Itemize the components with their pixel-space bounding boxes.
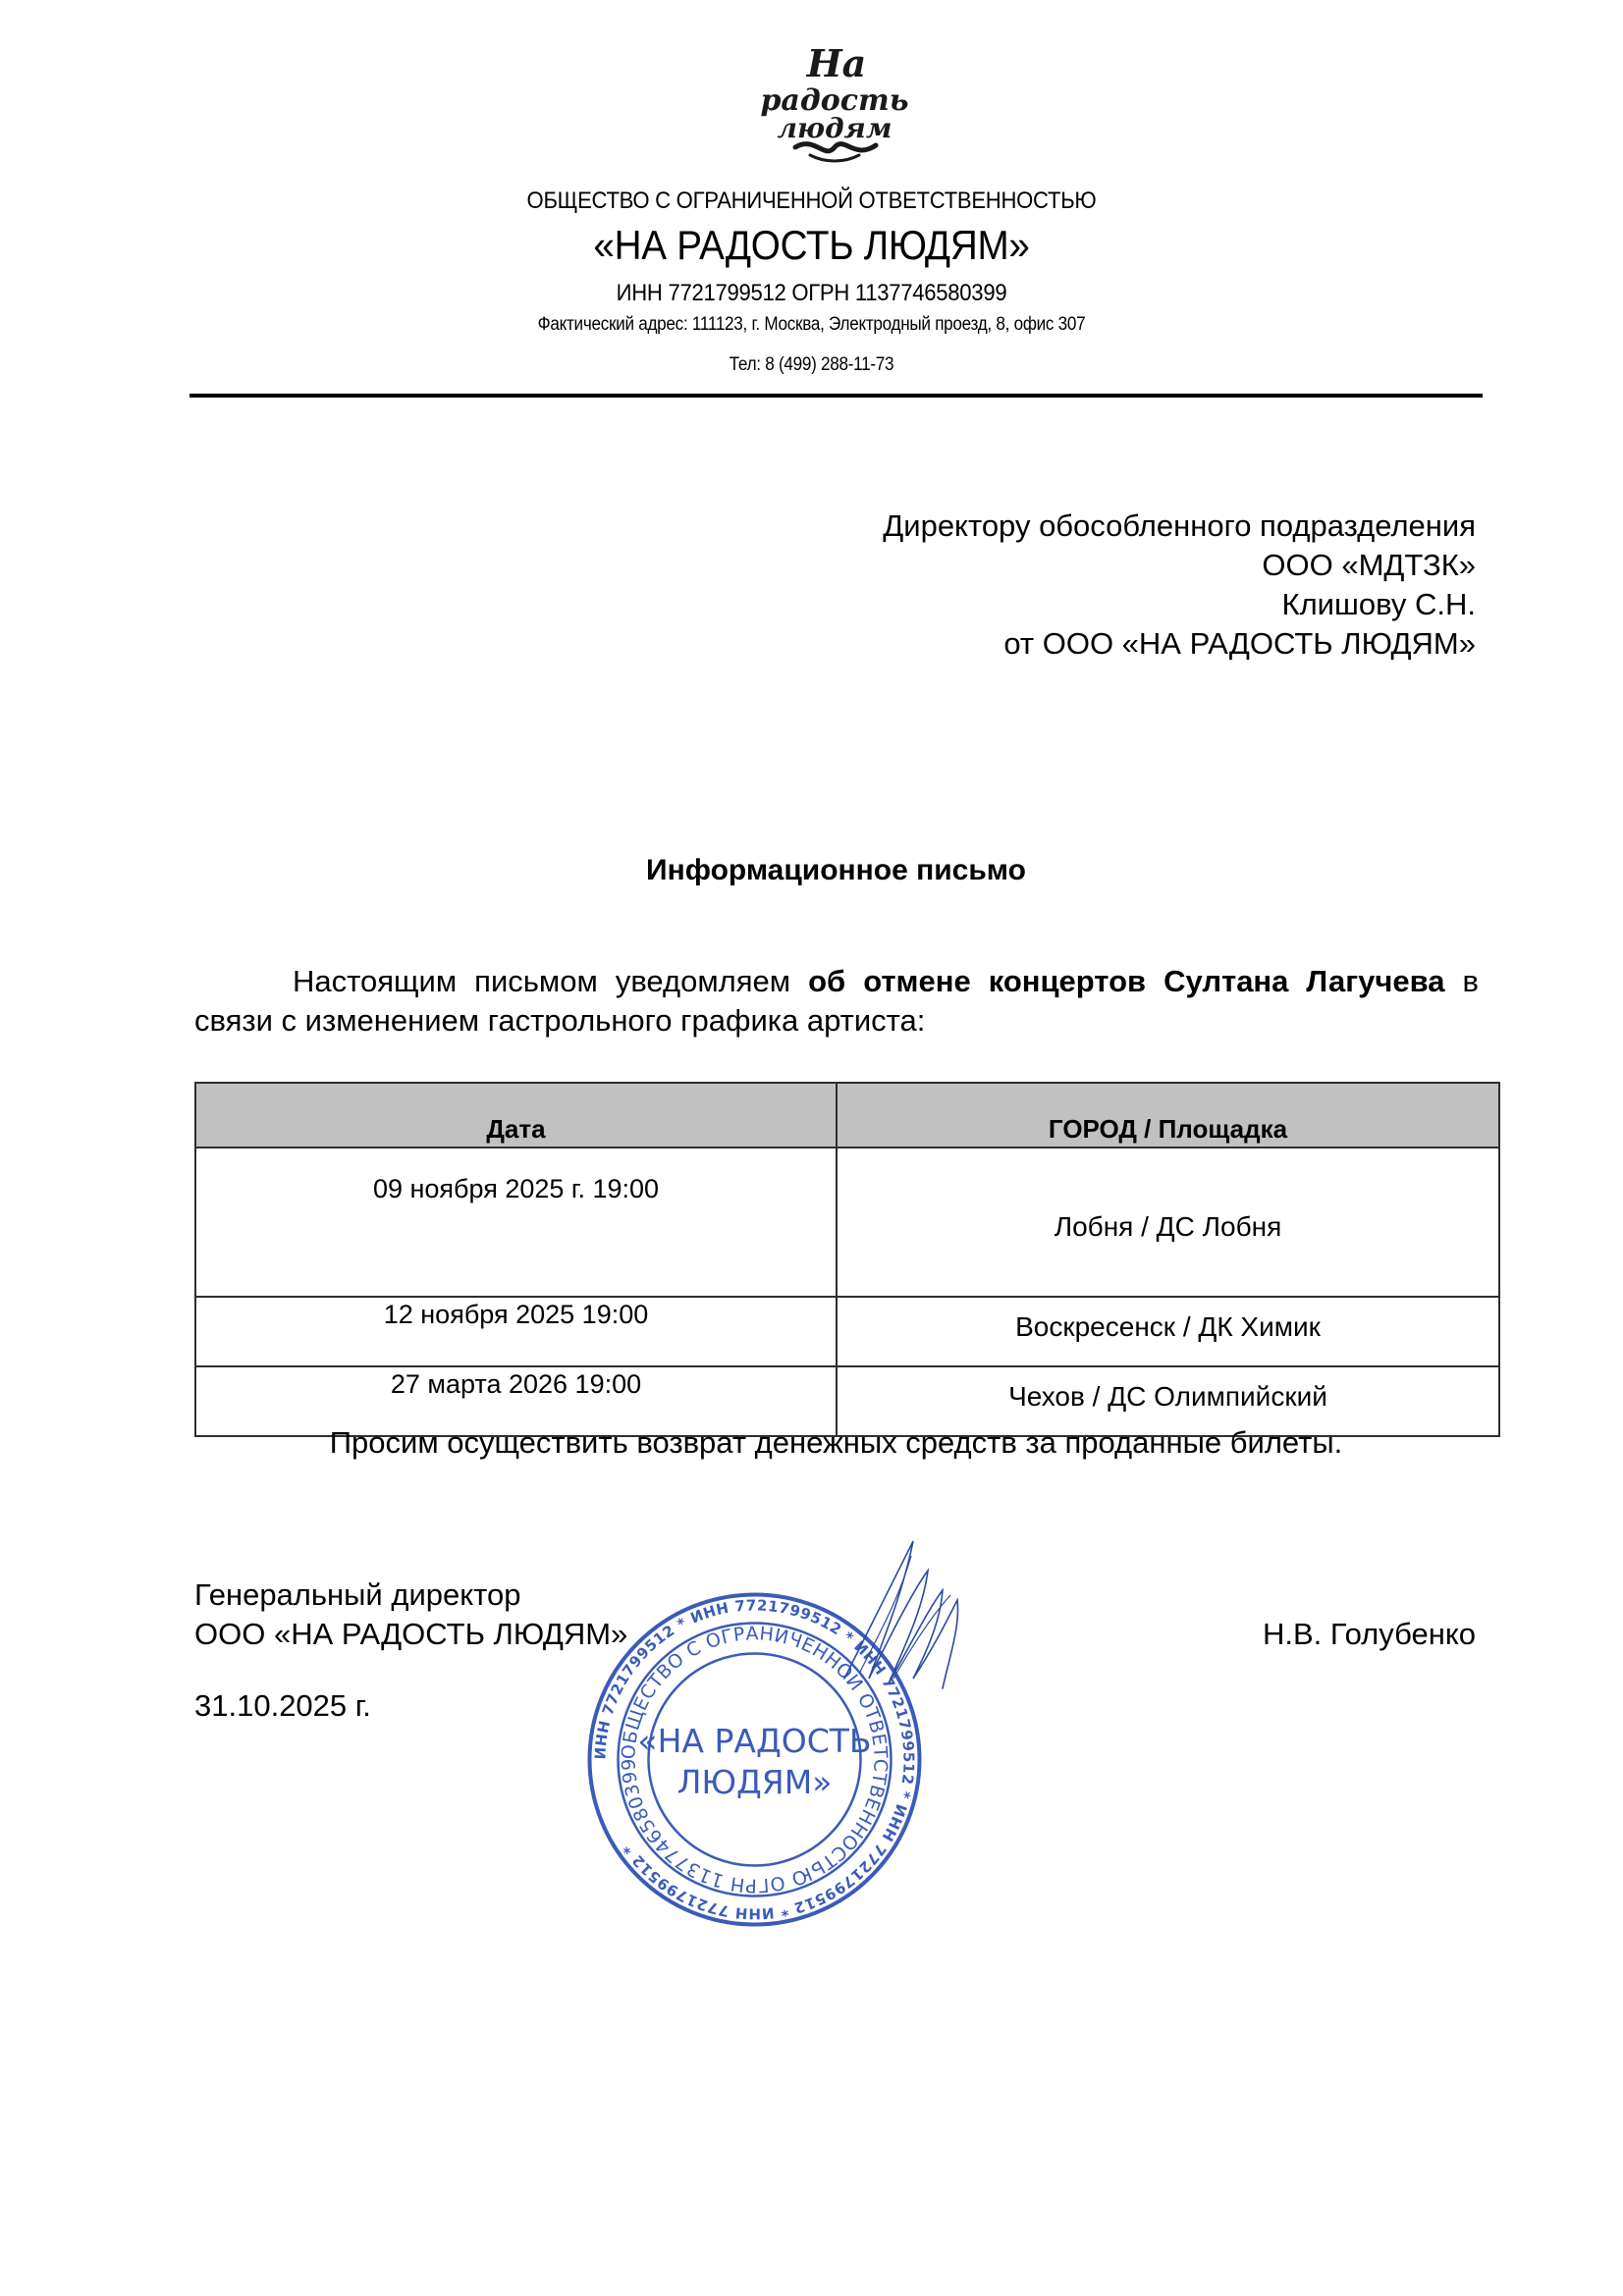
signatory-position: Генеральный директор: [194, 1575, 627, 1615]
letter-title: Информационное письмо: [0, 854, 1623, 887]
svg-text:«НА РАДОСТЬ: «НА РАДОСТЬ: [637, 1722, 871, 1760]
letter-date: 31.10.2025 г.: [194, 1688, 371, 1724]
signatory-block: Генеральный директор ООО «НА РАДОСТЬ ЛЮД…: [194, 1575, 627, 1654]
table-header-row: Дата ГОРОД / Площадка: [195, 1083, 1499, 1148]
org-phone: Тел: 8 (499) 288-11-73: [81, 354, 1542, 376]
column-header-date: Дата: [195, 1083, 837, 1148]
cell-venue: Воскресенск / ДК Химик: [837, 1297, 1499, 1366]
handwritten-signature-icon: [835, 1531, 992, 1698]
addressee-line: от ООО «НА РАДОСТЬ ЛЮДЯМ»: [883, 624, 1476, 664]
column-header-venue: ГОРОД / Площадка: [837, 1083, 1499, 1148]
org-name: «НА РАДОСТЬ ЛЮДЯМ»: [65, 222, 1558, 269]
letterhead-divider: [189, 394, 1483, 398]
cancelled-concerts-table: Дата ГОРОД / Площадка 09 ноября 2025 г. …: [194, 1082, 1500, 1437]
company-logo-icon: На радость людям: [756, 37, 913, 165]
table-row: 12 ноября 2025 19:00 Воскресенск / ДК Хи…: [195, 1297, 1499, 1366]
addressee-line: Клишову С.Н.: [883, 585, 1476, 624]
cell-date: 12 ноября 2025 19:00: [195, 1297, 837, 1366]
addressee-line: Директору обособленного подразделения: [883, 507, 1476, 546]
org-legal-form: ОБЩЕСТВО С ОГРАНИЧЕННОЙ ОТВЕТСТВЕННОСТЬЮ: [65, 187, 1558, 215]
letter-page: На радость людям ОБЩЕСТВО С ОГРАНИЧЕННОЙ…: [0, 0, 1623, 2296]
signatory-company: ООО «НА РАДОСТЬ ЛЮДЯМ»: [194, 1615, 627, 1654]
body-intro: Настоящим письмом уведомляем: [293, 964, 808, 998]
body-highlight: об отмене концертов Султана Лагучева: [808, 964, 1444, 998]
cell-date: 09 ноября 2025 г. 19:00: [195, 1148, 837, 1297]
org-ids: ИНН 7721799512 ОГРН 1137746580399: [65, 280, 1558, 307]
refund-request: Просим осуществить возврат денежных сред…: [0, 1425, 1623, 1461]
svg-text:На: На: [806, 41, 867, 85]
svg-text:людям: людям: [778, 112, 893, 144]
org-address: Фактический адрес: 111123, г. Москва, Эл…: [81, 314, 1542, 336]
cell-venue: Лобня / ДС Лобня: [837, 1148, 1499, 1297]
signatory-name: Н.В. Голубенко: [1263, 1615, 1476, 1654]
svg-text:ЛЮДЯМ»: ЛЮДЯМ»: [677, 1763, 833, 1801]
addressee-line: ООО «МДТЗК»: [883, 546, 1476, 585]
addressee-block: Директору обособленного подразделения ОО…: [883, 507, 1476, 664]
table-row: 09 ноября 2025 г. 19:00 Лобня / ДС Лобня: [195, 1148, 1499, 1297]
letter-body: Настоящим письмом уведомляем об отмене к…: [194, 962, 1479, 1041]
